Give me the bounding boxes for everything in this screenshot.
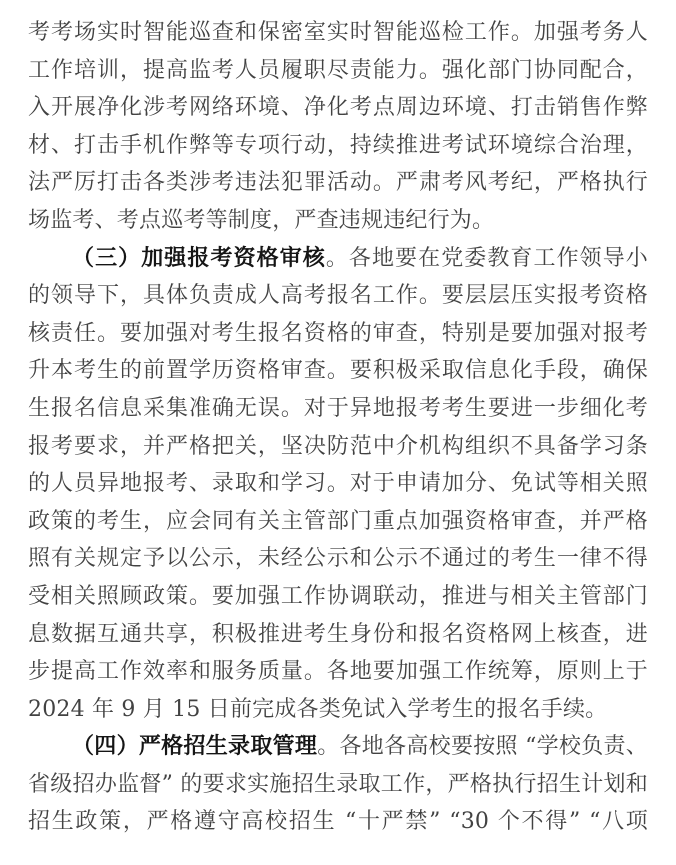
text-line: 工作培训，提高监考人员履职尽责能力。强化部门协同配合，深 [28,52,648,90]
text-line: 场监考、考点巡考等制度，严查违规违纪行为。 [28,202,648,240]
text-line: 法严厉打击各类涉考违法犯罪活动。严肃考风考纪，严格执行考 [28,164,648,202]
paragraph-first-line: （三）加强报考资格审核。各地要在党委教育工作领导小组 [28,240,648,278]
text-line: 核责任。要加强对考生报名资格的审查，特别是要加强对报考专 [28,315,648,353]
text-line: 报考要求，并严格把关，坚决防范中介机构组织不具备学习条件 [28,428,648,466]
text-line: 入开展净化涉考网络环境、净化考点周边环境、打击销售作弊器 [28,89,648,127]
text-line: 息数据互通共享，积极推进考生身份和报名资格网上核查，进一 [28,616,648,654]
text-line: 考考场实时智能巡查和保密室实时智能巡检工作。加强考务人员 [28,14,648,52]
text-line: 的领导下，具体负责成人高考报名工作。要层层压实报考资格审 [28,277,648,315]
document-page: 考考场实时智能巡查和保密室实时智能巡检工作。加强考务人员工作培训，提高监考人员履… [0,0,676,865]
text-line: 省级招办监督” 的要求实施招生录取工作，严格执行招生计划和 [28,766,648,804]
text-line: 2024 年 9 月 15 日前完成各类免试入学考生的报名手续。 [28,691,648,729]
text-line: 步提高工作效率和服务质量。各地要加强工作统筹，原则上于 [28,653,648,691]
text-line: 生报名信息采集准确无误。对于异地报考考生要进一步细化考生 [28,390,648,428]
paragraph-first-line: （四）严格招生录取管理。各地各高校要按照 “学校负责、 [28,728,648,766]
text-line: 的人员异地报考、录取和学习。对于申请加分、免试等相关照顾 [28,465,648,503]
text-line: 照有关规定予以公示，未经公示和公示不通过的考生一律不得享 [28,540,648,578]
text-line: 招生政策，严格遵守高校招生 “十严禁” “30 个不得” “八项 [28,803,648,841]
text-line: 受相关照顾政策。要加强工作协调联动，推进与相关主管部门信 [28,578,648,616]
paragraph-heading: （三）加强报考资格审核 [72,245,326,271]
text-line: 材、打击手机作弊等专项行动，持续推进考试环境综合治理，依 [28,127,648,165]
text-block: 考考场实时智能巡查和保密室实时智能巡检工作。加强考务人员工作培训，提高监考人员履… [28,14,648,841]
text-line: 升本考生的前置学历资格审查。要积极采取信息化手段，确保考 [28,352,648,390]
text-line: 政策的考生，应会同有关主管部门重点加强资格审查，并严格按 [28,503,648,541]
paragraph-heading: （四）严格招生录取管理 [72,733,317,759]
